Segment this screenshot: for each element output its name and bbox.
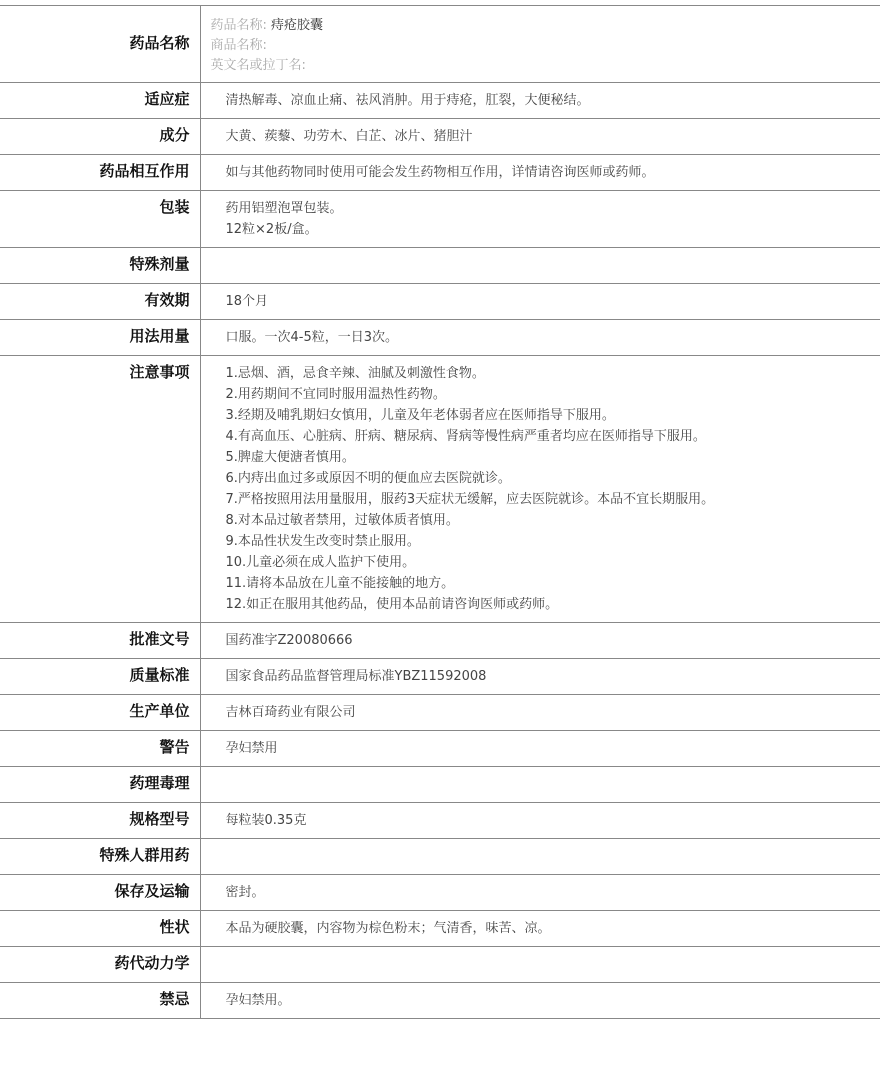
- row-label: 特殊剂量: [0, 248, 200, 284]
- table-row: 注意事项1.忌烟、酒，忌食辛辣、油腻及刺激性食物。2.用药期间不宜同时服用温热性…: [0, 356, 880, 623]
- table-row: 用法用量口服。一次4-5粒，一日3次。: [0, 320, 880, 356]
- row-label: 药品相互作用: [0, 155, 200, 191]
- value-line: 4.有高血压、心脏病、肝病、糖尿病、肾病等慢性病严重者均应在医师指导下服用。: [226, 426, 880, 447]
- value-line: 国家食品药品监督管理局标准YBZ11592008: [226, 666, 880, 687]
- value-line: 如与其他药物同时使用可能会发生药物相互作用，详情请咨询医师或药师。: [226, 162, 880, 183]
- row-label: 成分: [0, 119, 200, 155]
- row-label: 保存及运输: [0, 875, 200, 911]
- row-label: 药理毒理: [0, 767, 200, 803]
- value-line: 国药准字Z20080666: [226, 630, 880, 651]
- row-value: 本品为硬胶囊，内容物为棕色粉末；气清香，味苦、凉。: [200, 911, 880, 947]
- row-value: 孕妇禁用。: [200, 983, 880, 1019]
- row-label: 有效期: [0, 284, 200, 320]
- table-row: 药代动力学: [0, 947, 880, 983]
- value-line: 18个月: [226, 291, 880, 312]
- row-label: 质量标准: [0, 659, 200, 695]
- row-value: 清热解毒、凉血止痛、祛风消肿。用于痔疮，肛裂，大便秘结。: [200, 83, 880, 119]
- value-line: 5.脾虚大便溏者慎用。: [226, 447, 880, 468]
- table-row: 包装药用铝塑泡罩包装。12粒×2板/盒。: [0, 191, 880, 248]
- table-row: 批准文号国药准字Z20080666: [0, 623, 880, 659]
- row-label: 禁忌: [0, 983, 200, 1019]
- value-line: 吉林百琦药业有限公司: [226, 702, 880, 723]
- table-row: 药理毒理: [0, 767, 880, 803]
- table-row: 警告孕妇禁用: [0, 731, 880, 767]
- table-row: 生产单位吉林百琦药业有限公司: [0, 695, 880, 731]
- value-line: 每粒装0.35克: [226, 810, 880, 831]
- row-label: 批准文号: [0, 623, 200, 659]
- row-value: 18个月: [200, 284, 880, 320]
- trade-name-field: 商品名称:: [211, 36, 880, 56]
- drug-name-cell: 药品名称: 痔疮胶囊 商品名称: 英文名或拉丁名:: [200, 6, 880, 83]
- row-label: 用法用量: [0, 320, 200, 356]
- row-value: 1.忌烟、酒，忌食辛辣、油腻及刺激性食物。2.用药期间不宜同时服用温热性药物。3…: [200, 356, 880, 623]
- table-row: 保存及运输密封。: [0, 875, 880, 911]
- latin-name-field: 英文名或拉丁名:: [211, 56, 880, 76]
- value-line: 药用铝塑泡罩包装。: [226, 198, 880, 219]
- generic-name-field: 药品名称: 痔疮胶囊: [211, 16, 880, 36]
- value-line: 本品为硬胶囊，内容物为棕色粉末；气清香，味苦、凉。: [226, 918, 880, 939]
- row-value: [200, 767, 880, 803]
- row-value: 密封。: [200, 875, 880, 911]
- value-line: 口服。一次4-5粒，一日3次。: [226, 327, 880, 348]
- value-line: 清热解毒、凉血止痛、祛风消肿。用于痔疮，肛裂，大便秘结。: [226, 90, 880, 111]
- value-line: 孕妇禁用: [226, 738, 880, 759]
- table-row: 规格型号每粒装0.35克: [0, 803, 880, 839]
- value-line: 8.对本品过敏者禁用，过敏体质者慎用。: [226, 510, 880, 531]
- drug-spec-table: 药品名称 药品名称: 痔疮胶囊 商品名称: 英文名或拉丁名:: [0, 5, 880, 1019]
- value-line: 10.儿童必须在成人监护下使用。: [226, 552, 880, 573]
- row-value: 国药准字Z20080666: [200, 623, 880, 659]
- value-line: 1.忌烟、酒，忌食辛辣、油腻及刺激性食物。: [226, 363, 880, 384]
- value-line: 密封。: [226, 882, 880, 903]
- row-value: 吉林百琦药业有限公司: [200, 695, 880, 731]
- table-row: 特殊剂量: [0, 248, 880, 284]
- row-label: 生产单位: [0, 695, 200, 731]
- table-row: 成分大黄、蒺藜、功劳木、白芷、冰片、猪胆汁: [0, 119, 880, 155]
- value-line: 孕妇禁用。: [226, 990, 880, 1011]
- value-line: 2.用药期间不宜同时服用温热性药物。: [226, 384, 880, 405]
- value-line: 12粒×2板/盒。: [226, 219, 880, 240]
- row-label: 药品名称: [0, 6, 200, 83]
- row-label: 包装: [0, 191, 200, 248]
- value-line: 12.如正在服用其他药品，使用本品前请咨询医师或药师。: [226, 594, 880, 615]
- value-line: 7.严格按照用法用量服用，服药3天症状无缓解，应去医院就诊。本品不宜长期服用。: [226, 489, 880, 510]
- table-row: 质量标准国家食品药品监督管理局标准YBZ11592008: [0, 659, 880, 695]
- table-row: 禁忌孕妇禁用。: [0, 983, 880, 1019]
- value-line: 11.请将本品放在儿童不能接触的地方。: [226, 573, 880, 594]
- table-row-drug-name: 药品名称 药品名称: 痔疮胶囊 商品名称: 英文名或拉丁名:: [0, 6, 880, 83]
- row-value: [200, 248, 880, 284]
- row-value: 大黄、蒺藜、功劳木、白芷、冰片、猪胆汁: [200, 119, 880, 155]
- row-label: 性状: [0, 911, 200, 947]
- table-row: 特殊人群用药: [0, 839, 880, 875]
- row-value: 如与其他药物同时使用可能会发生药物相互作用，详情请咨询医师或药师。: [200, 155, 880, 191]
- table-row: 有效期18个月: [0, 284, 880, 320]
- table-row: 药品相互作用如与其他药物同时使用可能会发生药物相互作用，详情请咨询医师或药师。: [0, 155, 880, 191]
- value-line: 6.内痔出血过多或原因不明的便血应去医院就诊。: [226, 468, 880, 489]
- row-label: 特殊人群用药: [0, 839, 200, 875]
- row-label: 注意事项: [0, 356, 200, 623]
- value-line: 大黄、蒺藜、功劳木、白芷、冰片、猪胆汁: [226, 126, 880, 147]
- row-value: 孕妇禁用: [200, 731, 880, 767]
- row-value: 口服。一次4-5粒，一日3次。: [200, 320, 880, 356]
- row-label: 适应症: [0, 83, 200, 119]
- value-line: 9.本品性状发生改变时禁止服用。: [226, 531, 880, 552]
- row-label: 规格型号: [0, 803, 200, 839]
- row-label: 警告: [0, 731, 200, 767]
- value-line: 3.经期及哺乳期妇女慎用，儿童及年老体弱者应在医师指导下服用。: [226, 405, 880, 426]
- row-value: [200, 947, 880, 983]
- row-value: 药用铝塑泡罩包装。12粒×2板/盒。: [200, 191, 880, 248]
- row-value: 每粒装0.35克: [200, 803, 880, 839]
- row-label: 药代动力学: [0, 947, 200, 983]
- row-value: 国家食品药品监督管理局标准YBZ11592008: [200, 659, 880, 695]
- table-row: 适应症清热解毒、凉血止痛、祛风消肿。用于痔疮，肛裂，大便秘结。: [0, 83, 880, 119]
- row-value: [200, 839, 880, 875]
- table-row: 性状本品为硬胶囊，内容物为棕色粉末；气清香，味苦、凉。: [0, 911, 880, 947]
